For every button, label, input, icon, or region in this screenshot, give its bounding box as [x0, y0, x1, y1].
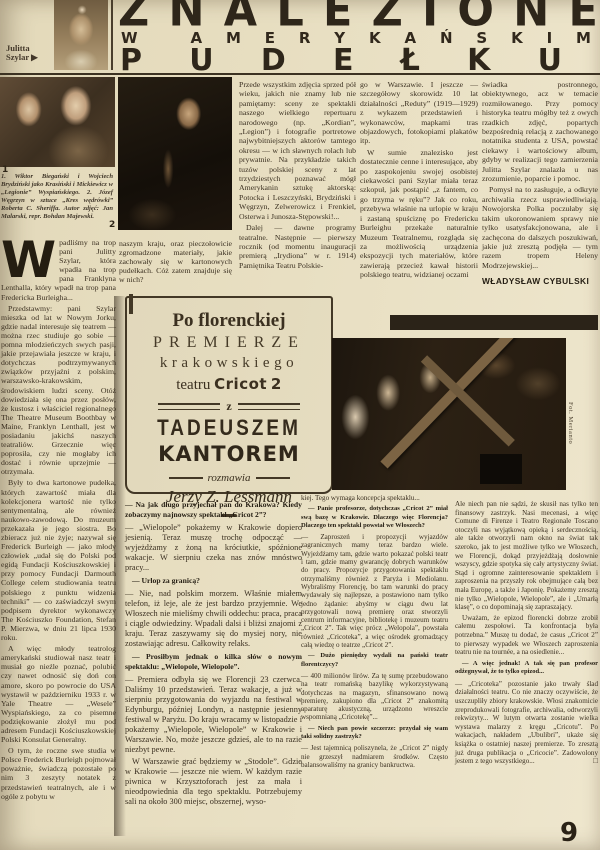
photo2-label: 2 [109, 220, 115, 230]
article1-column3: Przede wszystkim zdjęcia sprzed pół wiek… [239, 80, 356, 272]
masthead-rule [0, 73, 600, 75]
end-of-article-mark: □ [593, 757, 598, 766]
interview-answer: — Jest tajemnicą poliszynela, że „Cricot… [301, 744, 448, 769]
article1-column5: świadka postronnego, obiektywnego, acz w… [482, 80, 598, 287]
interview-head-line6: KANTOREM [127, 442, 331, 466]
answer-text: — „Cricoteka” pozostanie jako trwały śla… [455, 680, 598, 765]
photo-wegrzyn-scene [118, 77, 232, 230]
interview-column1: — Na jak długo przyjechał pan do Krakowa… [125, 497, 302, 809]
black-rule [390, 315, 598, 330]
interview-question: — Urlop za granicą? [125, 576, 302, 586]
article1-column4: go w Warszawie. I jeszcze — szczegółowy … [360, 80, 478, 282]
interview-answer: — Zaproszeń i propozycji wyjazdów zagran… [301, 533, 448, 649]
article1-author: WŁADYSŁAW CYBULSKI [482, 277, 598, 286]
byline-dash [256, 477, 290, 479]
byline-row: rozmawia [127, 472, 331, 484]
interview-answer: Uważam, że epizod florencki dobrze zrobi… [455, 614, 598, 657]
interview-head-line5: TADEUSZEM [127, 416, 331, 441]
paragraph: Przede wszystkim zdjęcia sprzed pół wiek… [239, 80, 356, 221]
newspaper-page: Julitta Szylar ▶ ZNALEZIONE W AMERYKAŃSK… [0, 0, 600, 850]
photo-caption: 1. Wiktor Biegański i Wojciech Brydzińsk… [1, 173, 113, 221]
interview-question: — Na jak długo przyjechał pan do Krakowa… [125, 500, 302, 520]
photo-wielopole-stage [332, 338, 566, 490]
paragraph: Wpadliśmy na trop pani Julitty Szylar, k… [1, 238, 116, 302]
interview-answer: Ale niech pan nie sądzi, że skusił nas t… [455, 500, 598, 612]
photo-credit: Fot. Merianto [567, 402, 574, 488]
box-corner-tick [129, 294, 133, 314]
interview-answer: — Nie, nad polskim morzem. Właśnie miałe… [125, 589, 302, 649]
masthead-kicker: Julitta Szylar ▶ [6, 44, 52, 62]
divider-line [238, 403, 300, 410]
interview-answer: — 400 milionów lirów. Za tę sumę przebud… [301, 672, 448, 722]
divider-line [158, 403, 220, 410]
interview-question: — Niech pan powie szczerze: przydał się … [301, 725, 448, 742]
word-2: 2 [271, 375, 282, 393]
page-number: 9 [560, 818, 578, 848]
article1-column1: Wpadliśmy na trop pani Julitty Szylar, k… [1, 238, 116, 803]
interview-answer: — Premiera odbyła się we Florencji 23 cz… [125, 675, 302, 755]
interview-question: — Prosiłbym jednak o kilka słów o nowym … [125, 652, 302, 672]
kicker-line2: Szylar ▶ [6, 53, 52, 62]
paragraph: go w Warszawie. I jeszcze — szczegółowy … [360, 80, 478, 146]
interview-answer: — „Cricoteka” pozostanie jako trwały śla… [455, 680, 598, 766]
paragraph: świadka postronnego, obiektywnego, acz w… [482, 80, 598, 183]
dropcap-w: W [1, 238, 59, 280]
stage-pedestal [480, 454, 522, 484]
paragraph: Pomysł na to zasługuje, a odkryte archiw… [482, 185, 598, 270]
paragraph: O tym, że roczne swe studia w Polsce Fre… [1, 746, 116, 801]
paragraph: Były to dwa kartonowe pudełka, których z… [1, 478, 116, 642]
cross-beam-long [380, 338, 523, 468]
interview-head-line4: teatru Cricot 2 [127, 375, 331, 394]
divider-with-z: z [127, 399, 331, 414]
interview-question: — A więc jednak! A tak się pan profesor … [455, 660, 598, 677]
divider-letter-z: z [226, 399, 231, 414]
photo-julitta-szylar [54, 0, 108, 70]
paragraph: Dalej — dawne programy teatralne. Następ… [239, 223, 356, 270]
paragraph: naszym kraju, oraz pieczołowicie zgromad… [119, 239, 232, 284]
interview-column2: kiej. Tego wymaga koncepcja spektaklu...… [301, 494, 448, 771]
photo-actors-legion [0, 77, 115, 167]
word-cricot: Cricot [214, 375, 267, 393]
paragraph: W sumie znalezisko jest dostatecznie cen… [360, 148, 478, 280]
interview-head-line2: PREMIERZE [127, 334, 331, 352]
paragraph: Przedstawmy: pani Szylar mieszka od lat … [1, 304, 116, 477]
interview-answer: — „Wielopole” pokażemy w Krakowie dopier… [125, 523, 302, 573]
byline-dash [169, 477, 203, 479]
interview-head-line3: krakowskiego [127, 355, 331, 372]
article1-column2: naszym kraju, oraz pieczołowicie zgromad… [119, 239, 232, 286]
interview-question: — Panie profesorze, dotychczas „Cricot 2… [301, 505, 448, 530]
interview-header-box: Po florenckiej PREMIERZE krakowskiego te… [125, 296, 333, 494]
interview-answer: W Warszawie grać będziemy w „Stodole”. G… [125, 757, 302, 807]
interview-answer: kiej. Tego wymaga koncepcja spektaklu... [301, 494, 448, 502]
paragraph: A więc młody teatrolog amerykański studi… [1, 644, 116, 744]
masthead-divider [111, 0, 113, 70]
byline-label: rozmawia [208, 472, 251, 484]
interview-head-line1: Po florenckiej [127, 310, 331, 332]
interview-question: — Dużo pieniędzy wydali na pański teatr … [301, 652, 448, 669]
word-teatru: teatru [176, 377, 210, 393]
interview-column3: Ale niech pan nie sądzi, że skusił nas t… [455, 500, 598, 768]
